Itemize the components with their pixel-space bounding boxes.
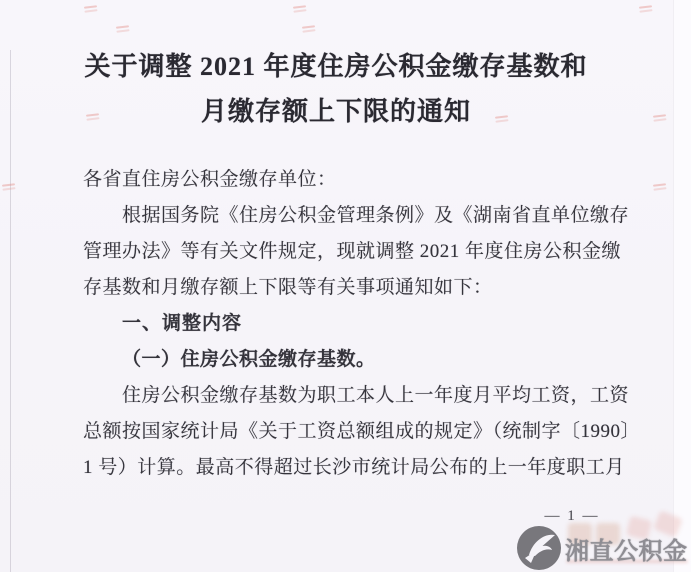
red-artifact [116,25,129,29]
section-heading: 一、调整内容 [83,306,643,342]
document-body: 各省直住房公积金缴存单位： 根据国务院《住房公积金管理条例》及《湖南省直单位缴存… [83,162,643,486]
body-line: 总额按国家统计局《关于工资总额组成的规定》（统制字〔1990〕 [83,414,643,450]
watermark-label: 湘直公积金 [565,531,688,566]
body-line: 管理办法》等有关文件规定，现就调整 2021 年度住房公积金缴 [83,234,643,270]
body-line: 根据国务院《住房公积金管理条例》及《湖南省直单位缴存 [83,198,643,234]
red-artifact [2,183,15,187]
page-number: — 1 — [531,508,613,525]
body-line: 1 号）计算。最高不得超过长沙市统计局公布的上一年度职工月 [83,450,643,486]
body-line: 存基数和月缴存额上下限等有关事项通知如下： [83,270,643,306]
page-right-edge [673,0,691,572]
title-line-1: 关于调整 2021 年度住房公积金缴存基数和 [0,44,672,89]
red-artifact [639,5,652,9]
scanned-notice-page: 关于调整 2021 年度住房公积金缴存基数和 月缴存额上下限的通知 各省直住房公… [0,0,691,572]
body-line: 住房公积金缴存基数为职工本人上一年度月平均工资，工资 [83,378,643,414]
red-artifact [302,25,315,29]
title-line-2: 月缴存额上下限的通知 [0,89,672,134]
provident-fund-logo-icon [516,525,562,571]
red-artifact [653,183,666,187]
subsection-heading: （一）住房公积金缴存基数。 [83,342,643,378]
salutation-line: 各省直住房公积金缴存单位： [83,162,643,198]
document-title: 关于调整 2021 年度住房公积金缴存基数和 月缴存额上下限的通知 [0,44,672,134]
red-artifact [293,5,306,9]
red-artifact [84,5,97,9]
